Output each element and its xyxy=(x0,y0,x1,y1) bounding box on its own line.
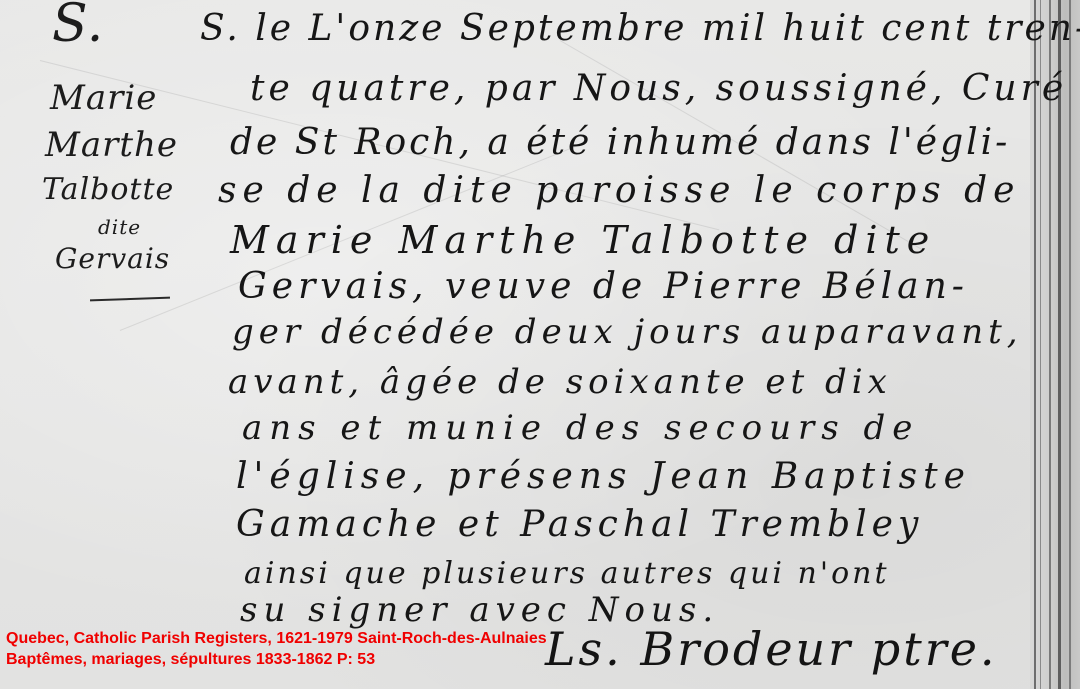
register-page-scan: S. Marie Marthe Talbotte dite Gervais S.… xyxy=(0,0,1080,689)
caption-line-collection: Quebec, Catholic Parish Registers, 1621-… xyxy=(6,628,547,649)
margin-entry-letter: S. xyxy=(52,0,104,54)
margin-note-marthe: Marthe xyxy=(45,125,178,165)
margin-note-marie: Marie xyxy=(50,78,157,118)
record-line: ainsi que plusieurs autres qui n'ont xyxy=(244,556,890,591)
ruled-line xyxy=(1069,0,1071,689)
record-line: Gamache et Paschal Trembley xyxy=(236,504,923,545)
priest-signature: Ls. Brodeur ptre. xyxy=(545,622,998,676)
record-line: avant, âgée de soixante et dix xyxy=(228,362,892,402)
record-line: se de la dite paroisse le corps de xyxy=(218,170,1020,211)
record-line: Gervais, veuve de Pierre Bélan- xyxy=(238,266,969,307)
margin-note-dite: dite xyxy=(98,215,141,239)
caption-line-volume: Baptêmes, mariages, sépultures 1833-1862… xyxy=(6,649,547,670)
margin-note-talbotte: Talbotte xyxy=(42,172,174,207)
record-line: Marie Marthe Talbotte dite xyxy=(230,218,936,262)
record-line: S. le L'onze Septembre mil huit cent tre… xyxy=(200,8,1080,49)
record-line: l'église, présens Jean Baptiste xyxy=(236,456,971,497)
record-line: de St Roch, a été inhumé dans l'égli- xyxy=(230,122,1010,163)
record-line: te quatre, par Nous, soussigné, Curé xyxy=(250,68,1067,109)
margin-note-gervais: Gervais xyxy=(55,242,170,275)
record-line: ger décédée deux jours auparavant, xyxy=(232,312,1023,352)
margin-underline xyxy=(90,297,170,302)
source-caption: Quebec, Catholic Parish Registers, 1621-… xyxy=(6,628,547,670)
record-line: ans et munie des secours de xyxy=(242,408,919,448)
